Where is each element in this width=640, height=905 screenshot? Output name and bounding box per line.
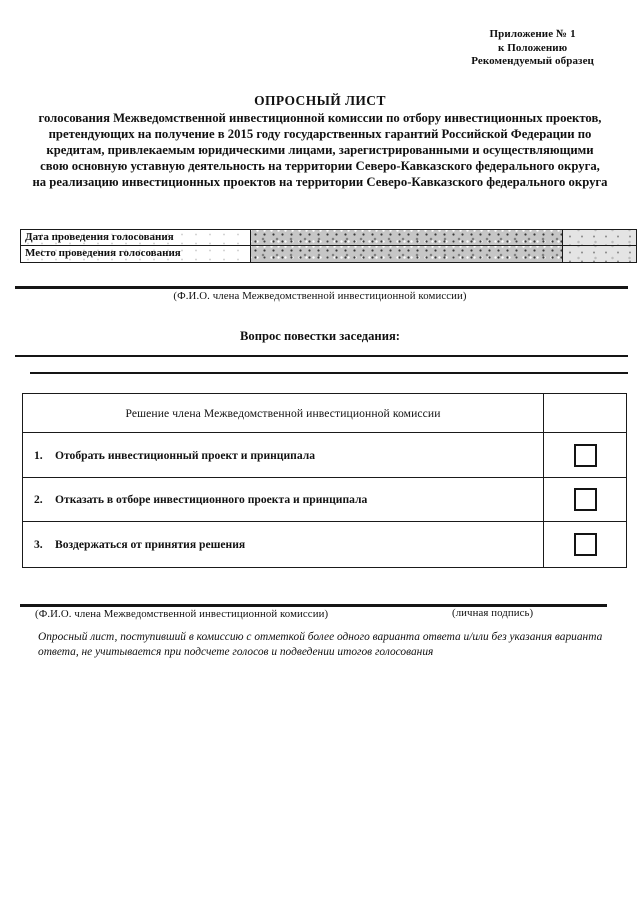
info-label-place: Место проведения голосования	[21, 246, 251, 262]
checkbox-option-3[interactable]	[574, 533, 597, 556]
member-name-line[interactable]	[15, 286, 628, 289]
option-label: Отобрать инвестиционный проект и принцип…	[55, 449, 315, 462]
corner-note-line: к Положению	[471, 42, 594, 56]
ballot-document-page: Приложение № 1 к Положению Рекомендуемый…	[0, 0, 640, 905]
info-label-date: Дата проведения голосования	[21, 230, 251, 246]
document-subtitle: голосования Межведомственной инвестицион…	[32, 110, 608, 190]
checkbox-cell-option-2	[544, 478, 626, 522]
agenda-blank-line-2[interactable]	[30, 372, 628, 374]
decision-table-header-mark-column	[544, 394, 626, 433]
checkbox-cell-option-1	[544, 433, 626, 478]
corner-note: Приложение № 1 к Положению Рекомендуемый…	[471, 28, 594, 69]
option-number: 2.	[34, 493, 55, 506]
option-number: 3.	[34, 538, 55, 551]
place-fill-field[interactable]	[251, 246, 563, 262]
decision-table-header: Решение члена Межведомственной инвестици…	[23, 394, 544, 433]
agenda-blank-line-1[interactable]	[15, 355, 628, 357]
agenda-heading: Вопрос повестки заседания:	[0, 329, 640, 344]
voting-info-table: Дата проведения голосования Место провед…	[20, 229, 637, 263]
checkbox-option-1[interactable]	[574, 444, 597, 467]
decision-table: Решение члена Межведомственной инвестици…	[22, 393, 627, 568]
document-title: ОПРОСНЫЙ ЛИСТ	[0, 93, 640, 109]
corner-note-line: Приложение № 1	[471, 28, 594, 42]
date-fill-field[interactable]	[251, 230, 563, 246]
option-label: Отказать в отборе инвестиционного проект…	[55, 493, 367, 506]
place-fill-field-right[interactable]	[563, 246, 636, 262]
option-label: Воздержаться от принятия решения	[55, 538, 245, 551]
corner-note-line: Рекомендуемый образец	[471, 55, 594, 69]
date-fill-field-right[interactable]	[563, 230, 636, 246]
option-number: 1.	[34, 449, 55, 462]
checkbox-cell-option-3	[544, 522, 626, 567]
table-row-option-1: 1. Отобрать инвестиционный проект и прин…	[23, 433, 544, 478]
signature-fio-caption: (Ф.И.О. члена Межведомственной инвестици…	[35, 608, 328, 620]
table-row-option-2: 2. Отказать в отборе инвестиционного про…	[23, 478, 544, 522]
footnote: Опросный лист, поступивший в комиссию с …	[38, 630, 622, 659]
checkbox-option-2[interactable]	[574, 488, 597, 511]
table-row-option-3: 3. Воздержаться от принятия решения	[23, 522, 544, 567]
personal-signature-caption: (личная подпись)	[452, 607, 533, 619]
member-name-caption: (Ф.И.О. члена Межведомственной инвестици…	[0, 290, 640, 302]
